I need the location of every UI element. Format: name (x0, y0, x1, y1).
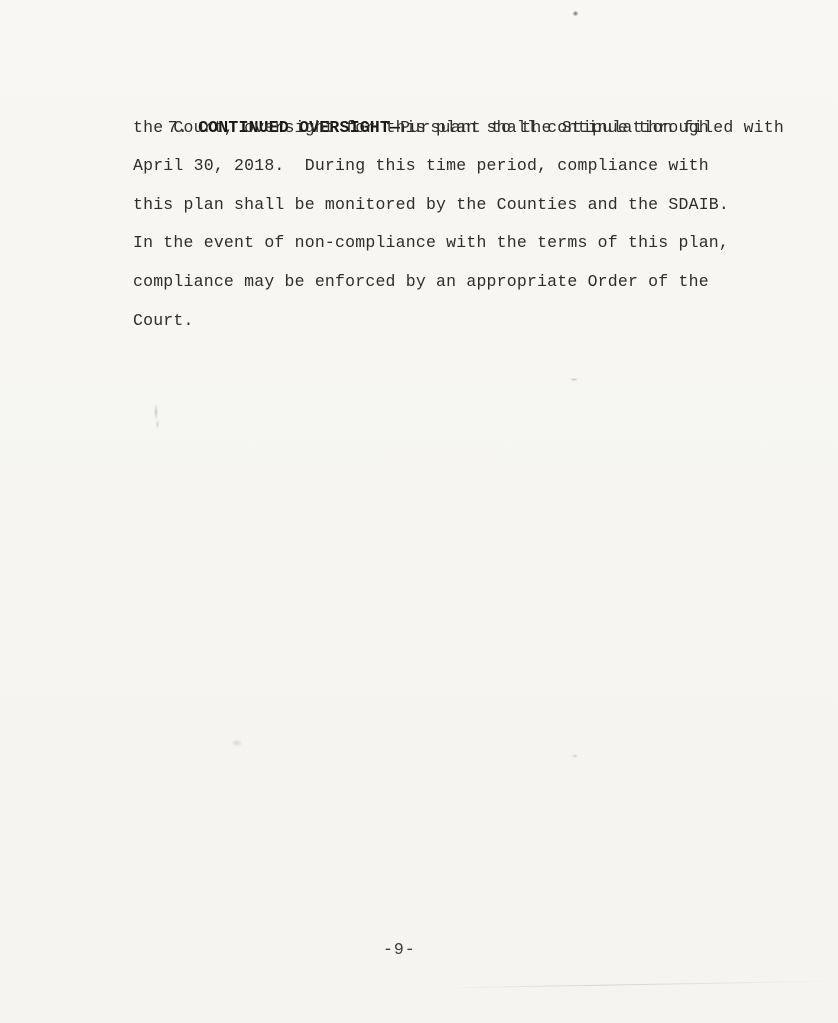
paragraph-line: Court. (133, 302, 747, 341)
paper-crease (440, 981, 838, 989)
paragraph-line: In the event of non-compliance with the … (133, 224, 747, 263)
numbered-paragraph: 7.CONTINUED OVERSIGHT—Pursuant to the St… (107, 70, 747, 340)
paragraph-line: this plan shall be monitored by the Coun… (133, 186, 747, 225)
scan-speck (154, 404, 158, 420)
scan-speck (156, 420, 159, 429)
paragraph-line: compliance may be enforced by an appropr… (133, 263, 747, 302)
scan-speck (231, 739, 243, 747)
scan-speck (572, 11, 579, 16)
scan-speck (572, 754, 578, 758)
paragraph-line: 7.CONTINUED OVERSIGHT—Pursuant to the St… (107, 70, 747, 109)
paragraph-line: the Court, oversight for this plan shall… (133, 109, 747, 148)
scan-speck (570, 378, 578, 381)
scanned-document-page: 7.CONTINUED OVERSIGHT—Pursuant to the St… (0, 0, 838, 1023)
paragraph-line: April 30, 2018. During this time period,… (133, 147, 747, 186)
page-number: -9- (383, 938, 416, 962)
